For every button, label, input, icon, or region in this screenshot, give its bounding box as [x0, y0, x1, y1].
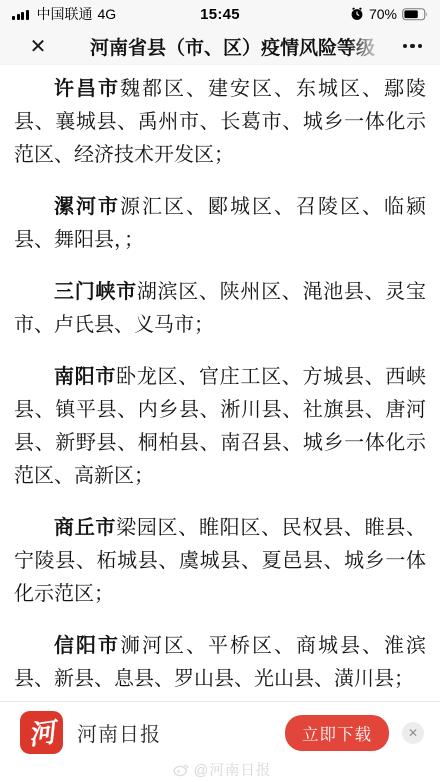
- article-paragraph: 信阳市浉河区、平桥区、商城县、淮滨县、新县、息县、罗山县、光山县、潢川县；: [14, 630, 426, 696]
- weibo-watermark: @河南日报: [173, 759, 272, 780]
- status-left: 中国联通 4G: [12, 4, 116, 24]
- status-bar: 中国联通 4G 15:45 70%: [0, 0, 440, 28]
- cellular-signal-icon: [12, 9, 29, 20]
- article-paragraph: 三门峡市湖滨区、陕州区、渑池县、灵宝市、卢氏县、义马市；: [14, 276, 426, 342]
- henan-daily-logo[interactable]: 河: [20, 711, 63, 754]
- article-body: 许昌市魏都区、建安区、东城区、鄢陵县、襄城县、禹州市、长葛市、城乡一体化示范区、…: [0, 64, 440, 696]
- article-paragraph: 南阳市卧龙区、官庄工区、方城县、西峡县、镇平县、内乡县、淅川县、社旗县、唐河县、…: [14, 361, 426, 493]
- city-name: 商丘市: [54, 517, 116, 539]
- battery-percent-label: 70%: [369, 6, 397, 22]
- network-type-label: 4G: [98, 6, 117, 22]
- phone-screen: 中国联通 4G 15:45 70% ✕ 河南省县（市、区）疫情风险等级: [0, 0, 440, 782]
- city-name: 信阳市: [54, 635, 120, 657]
- download-now-button[interactable]: 立即下载: [285, 715, 389, 751]
- city-name: 南阳市: [54, 366, 116, 388]
- article-paragraph: 许昌市魏都区、建安区、东城区、鄢陵县、襄城县、禹州市、长葛市、城乡一体化示范区、…: [14, 73, 426, 172]
- logo-character: 河: [25, 710, 57, 752]
- article-paragraph: 漯河市源汇区、郾城区、召陵区、临颍县、舞阳县，；: [14, 191, 426, 257]
- carrier-label: 中国联通: [37, 4, 93, 24]
- banner-row: 河 河南日报 立即下载 ✕: [0, 702, 440, 754]
- city-name: 漯河市: [54, 196, 120, 218]
- close-icon[interactable]: ✕: [24, 28, 52, 64]
- city-name: 许昌市: [54, 78, 120, 100]
- app-name-label: 河南日报: [77, 718, 161, 747]
- app-download-banner: 河 河南日报 立即下载 ✕ @河南日报: [0, 701, 440, 782]
- city-name: 三门峡市: [54, 281, 137, 303]
- more-menu-icon[interactable]: [403, 28, 423, 64]
- battery-icon: [402, 8, 428, 21]
- clock-time: 15:45: [200, 6, 240, 23]
- alarm-clock-icon: [350, 7, 364, 21]
- watermark-text: @河南日报: [194, 759, 272, 780]
- status-right: 70%: [350, 6, 428, 22]
- page-title: 河南省县（市、区）疫情风险等级: [90, 28, 382, 64]
- weibo-logo-icon: [173, 762, 190, 777]
- banner-close-icon[interactable]: ✕: [402, 722, 424, 744]
- nav-bar: ✕ 河南省县（市、区）疫情风险等级: [0, 28, 440, 64]
- article-paragraph: 商丘市梁园区、睢阳区、民权县、睢县、宁陵县、柘城县、虞城县、夏邑县、城乡一体化示…: [14, 512, 426, 611]
